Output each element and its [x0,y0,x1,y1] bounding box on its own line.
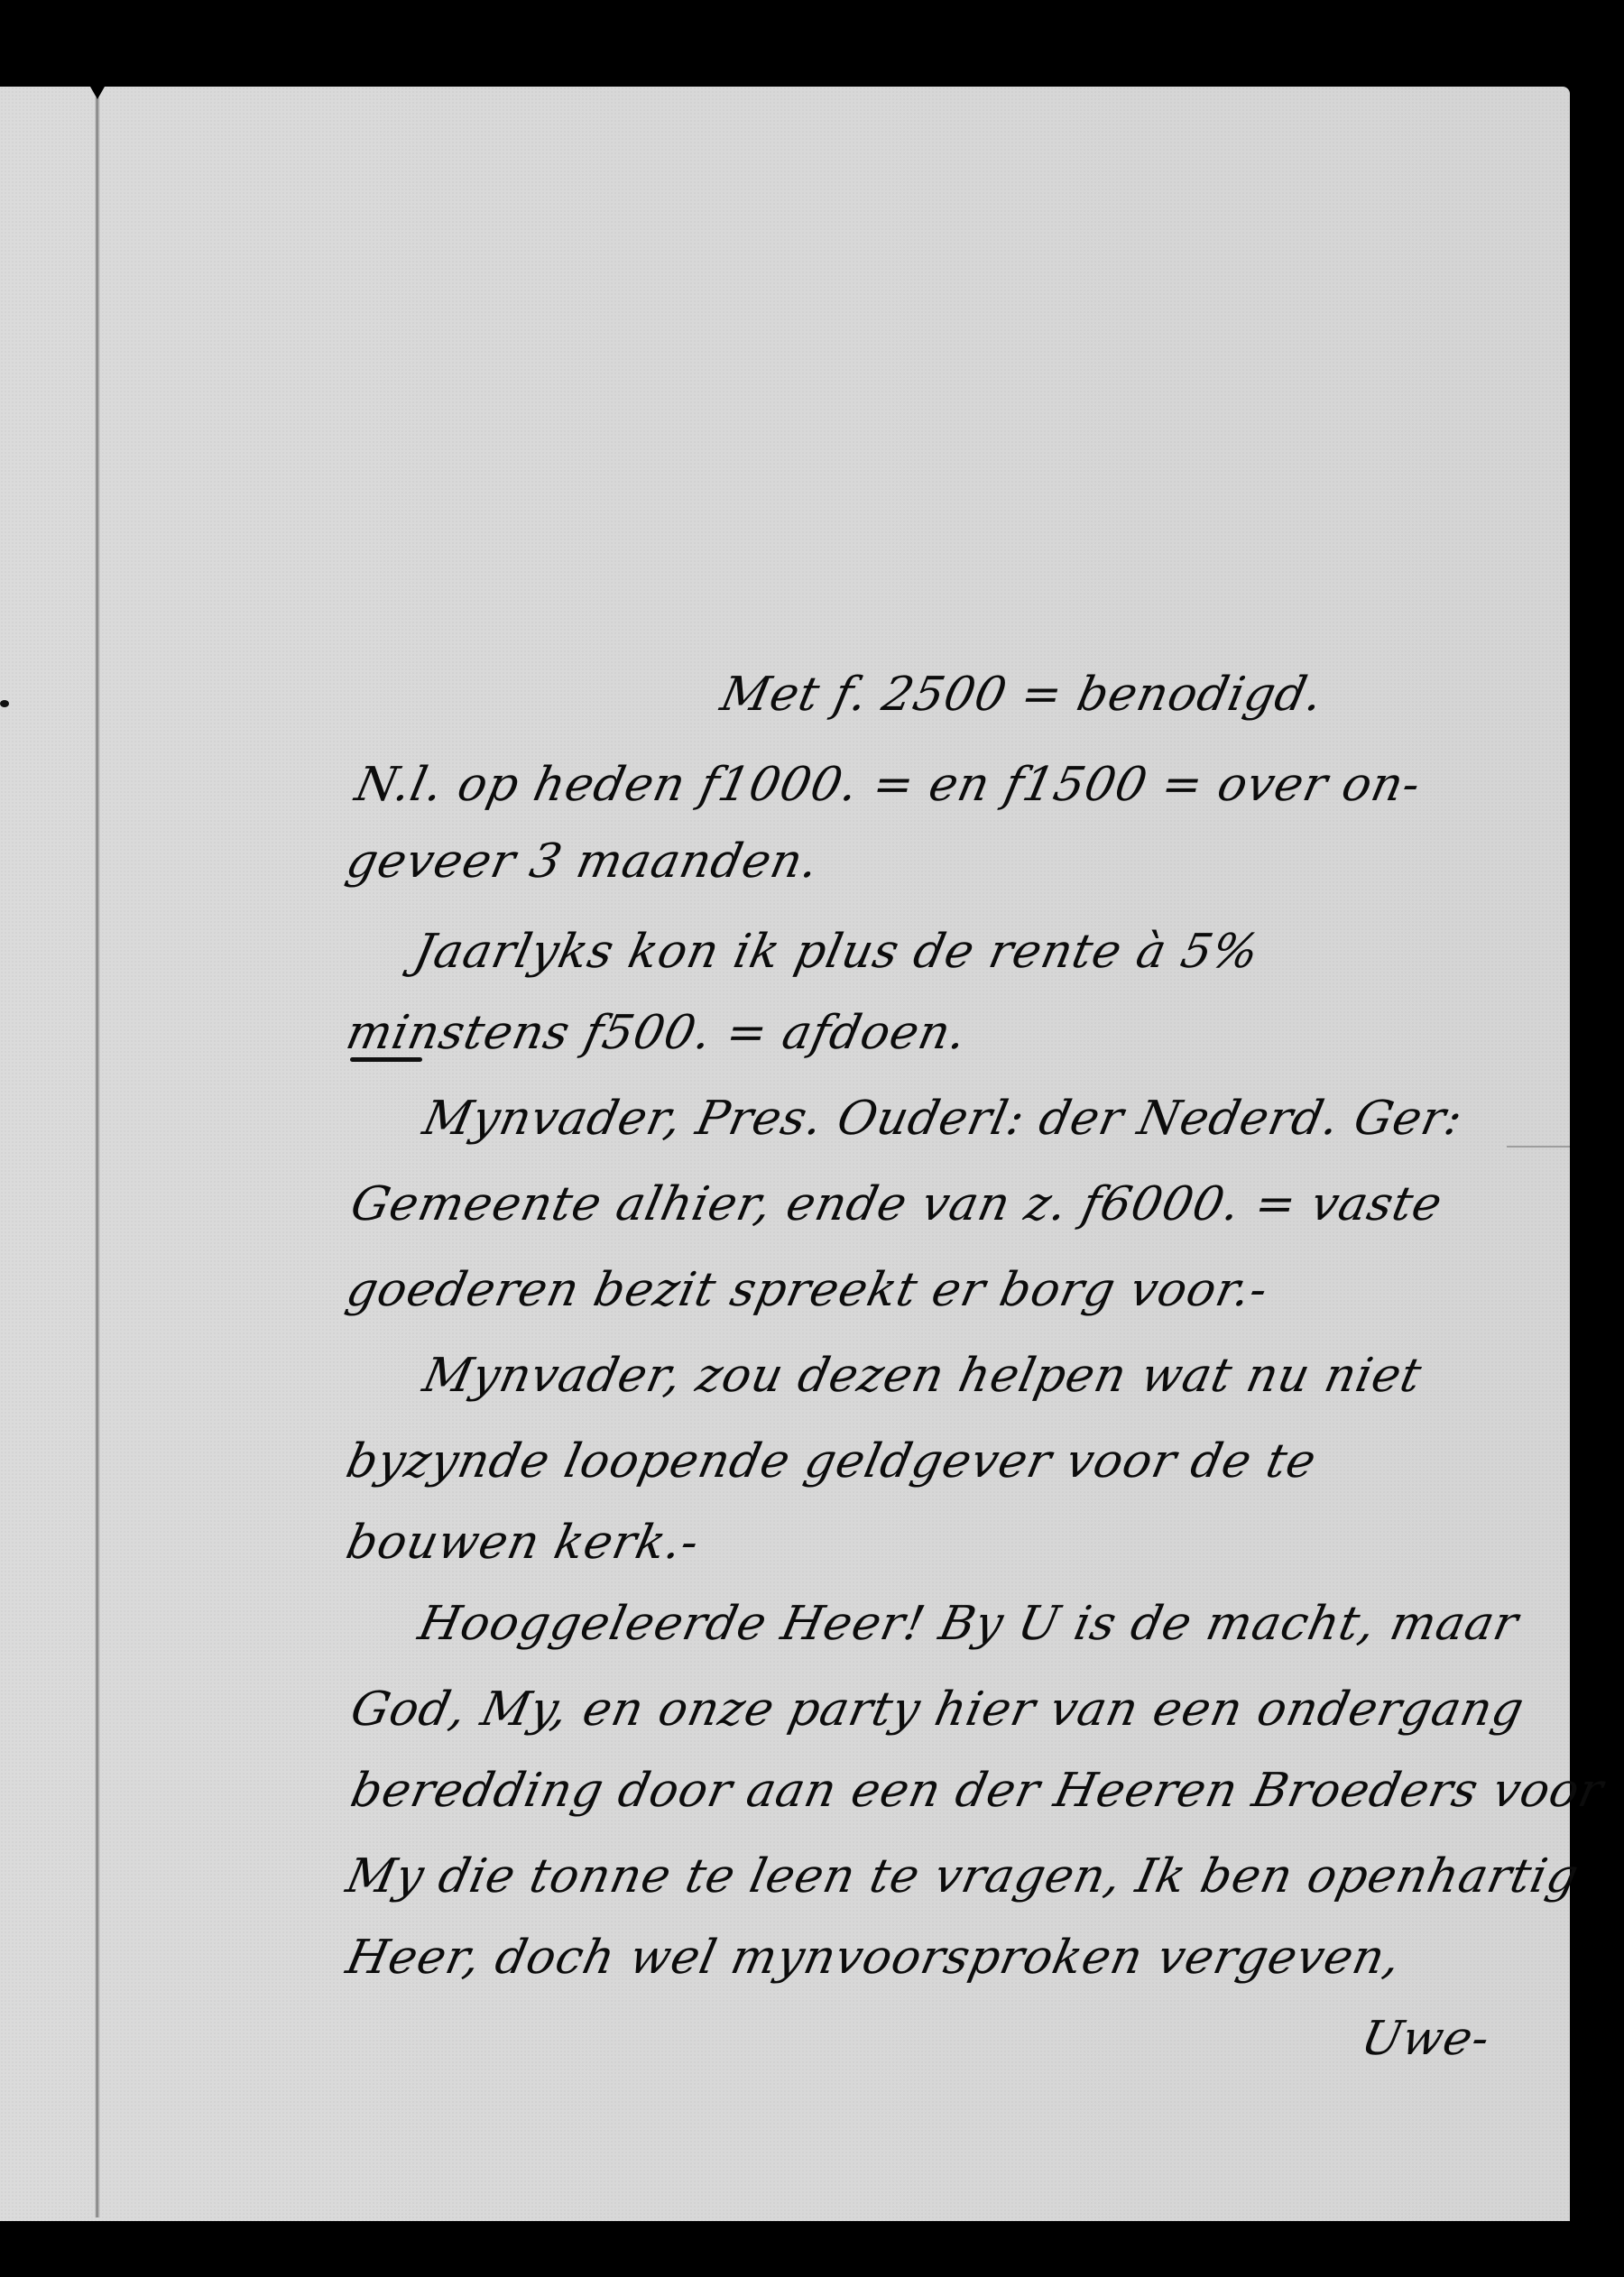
text-line: N.l. op heden f1000. = en f1500 = over o… [351,758,1426,812]
text-line: My die tonne te leen te vragen, Ik ben o… [342,1849,1584,1904]
closing-word: Uwe- [1357,2012,1495,2066]
text-line: bouwen kerk.- [342,1516,705,1570]
text-line: God, My, en onze party hier van een onde… [346,1682,1529,1737]
text-line: Gemeente alhier, ende van z. f6000. = va… [346,1177,1448,1231]
right-edge-crease [1507,1146,1570,1148]
ink-spot [0,700,9,707]
text-line: byzynde loopende geldgever voor de te [342,1434,1322,1489]
text-line: minstens f500. = afdoen. [342,1006,973,1060]
page-fold-crease [95,97,100,2217]
text-line: Heer, doch wel mynvoorsproken vergeven, [342,1931,1407,1985]
text-line: Jaarlyks kon ik plus de rente à 5% [410,925,1264,979]
text-line: goederen bezit spreekt er borg voor.- [342,1263,1273,1317]
text-line: Mynvader, Pres. Ouderl: der Nederd. Ger: [419,1092,1468,1146]
text-line: Mynvader, zou dezen helpen wat nu niet [419,1349,1427,1403]
text-line: Met f. 2500 = benodigd. [716,668,1329,722]
text-line: Hooggeleerde Heer! By U is de macht, maa… [414,1597,1524,1651]
text-line: beredding door aan een der Heeren Broede… [346,1764,1609,1818]
text-line: geveer 3 maanden. [342,834,825,889]
